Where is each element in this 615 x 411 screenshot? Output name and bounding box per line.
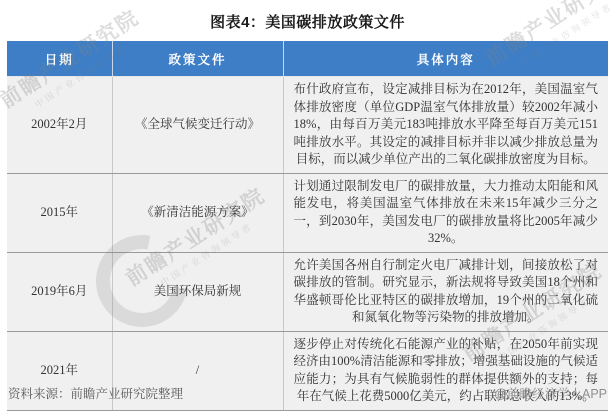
policy-table: 日期 政策文件 具体内容 2002年2月 《全球气候变迁行动》 布什政府宣布，设… — [7, 41, 608, 411]
policy-cell: 美国环保局新规 — [112, 252, 283, 331]
header-date: 日期 — [7, 41, 112, 77]
figure-title: 图表4：美国碳排放政策文件 — [0, 0, 615, 41]
table-row: 2019年6月 美国环保局新规 允许美国各州自行制定火电厂减排计划，间接放松了对… — [7, 252, 608, 331]
date-cell: 2002年2月 — [7, 77, 112, 174]
table-header-row: 日期 政策文件 具体内容 — [7, 41, 608, 77]
content-cell: 允许美国各州自行制定火电厂减排计划，间接放松了对碳排放的管制。研究显示，新法规将… — [283, 252, 608, 331]
header-content: 具体内容 — [283, 41, 608, 77]
source-note: 资料来源：前瞻产业研究院整理 — [8, 384, 183, 402]
table-row: 2015年 《新清洁能源方案》 计划通过限制发电厂的碳排放量，大力推动太阳能和风… — [7, 173, 608, 252]
table-row: 2002年2月 《全球气候变迁行动》 布什政府宣布，设定减排目标为在2012年，… — [7, 77, 608, 174]
content-cell: 计划通过限制发电厂的碳排放量，大力推动太阳能和风能发电，将美国温室气体排放在未来… — [283, 173, 608, 252]
content-cell: 布什政府宣布，设定减排目标为在2012年，美国温室气体排放密度（单位GDP温室气… — [283, 77, 608, 174]
policy-cell: 《全球气候变迁行动》 — [112, 77, 283, 174]
figure-footer: 资料来源：前瞻产业研究院整理 @前瞻经济学人APP — [8, 384, 607, 402]
date-cell: 2015年 — [7, 173, 112, 252]
app-credit: @前瞻经济学人APP — [494, 384, 607, 402]
policy-cell: 《新清洁能源方案》 — [112, 173, 283, 252]
date-cell: 2019年6月 — [7, 252, 112, 331]
header-policy: 政策文件 — [112, 41, 283, 77]
report-figure: 图表4：美国碳排放政策文件 日期 政策文件 具体内容 2002年2月 《全球气候… — [0, 0, 615, 411]
